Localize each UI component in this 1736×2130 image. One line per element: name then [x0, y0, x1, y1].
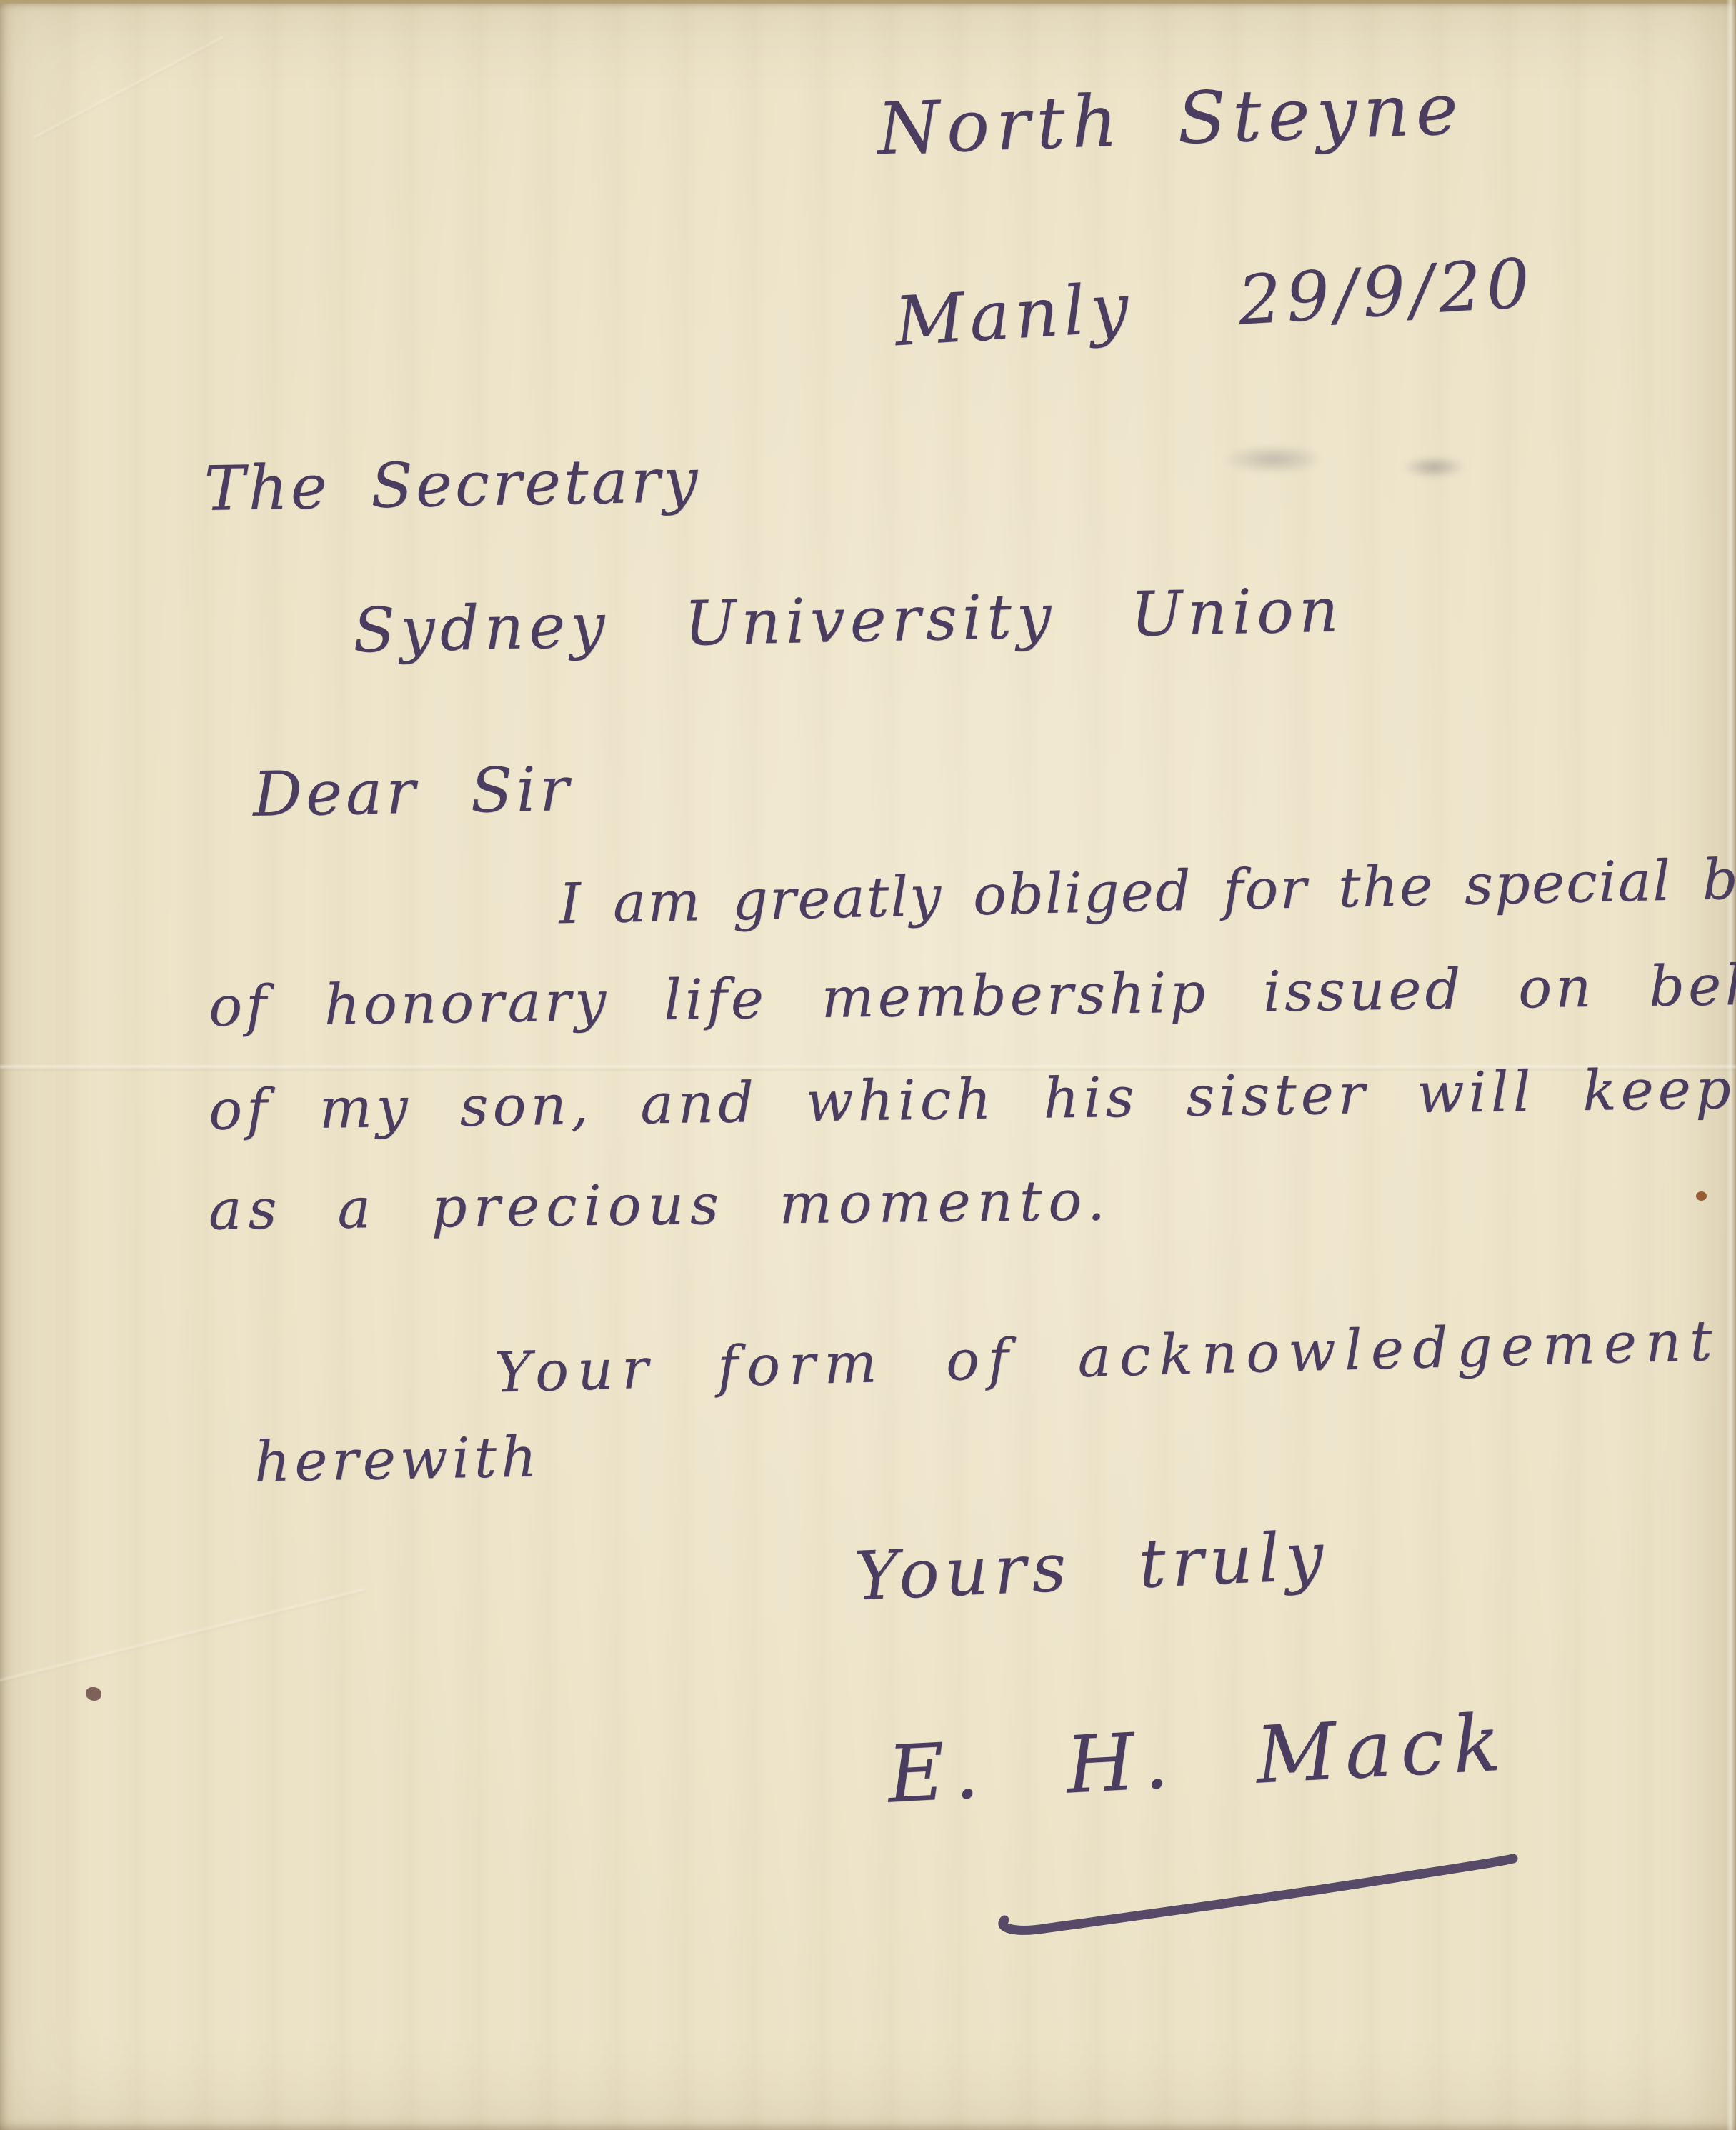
body-line: herewith: [254, 1428, 542, 1494]
paper-crease-bottom-left: [0, 1587, 366, 1689]
body-line: I am greatly obliged for the special bad…: [558, 847, 1736, 936]
body-line: as a precious momento.: [209, 1171, 1112, 1241]
paper-crease-top-left: [33, 36, 224, 141]
body-line: of honorary life membership issued on be…: [209, 954, 1736, 1039]
salutation: Dear Sir: [252, 756, 573, 829]
signature-underline-flourish: [994, 1849, 1523, 1941]
signature: E. H. Mack: [885, 1699, 1511, 1818]
ink-smudge: [1223, 444, 1323, 474]
recipient-organization: Sydney University Union: [352, 576, 1344, 665]
paper-top-edge: [0, 0, 1736, 4]
body-line: Your form of acknowledgement: [494, 1311, 1721, 1405]
date-line: Manly 29/9/20: [893, 246, 1537, 360]
recipient-title: The Secretary: [204, 447, 701, 524]
paper-speck: [86, 1687, 101, 1701]
letter-page: North Steyne Manly 29/9/20 The Secretary…: [0, 0, 1736, 2130]
sender-address-line: North Steyne: [876, 70, 1465, 169]
body-line: of my son, and which his sister will kee…: [209, 1059, 1736, 1142]
ink-smudge: [1402, 456, 1466, 479]
closing-valediction: Yours truly: [853, 1520, 1330, 1614]
paper-speck: [1696, 1191, 1707, 1201]
